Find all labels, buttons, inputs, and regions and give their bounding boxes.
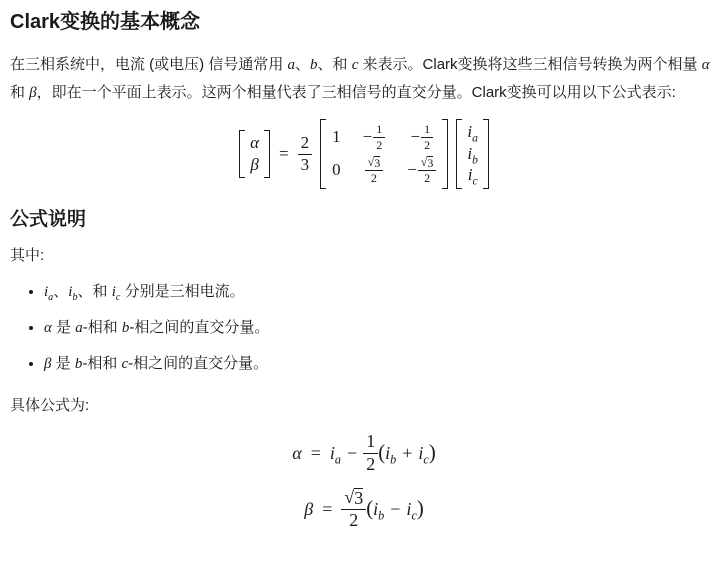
matrix-cell: √32 (365, 156, 384, 185)
ib-symbol: ib (385, 443, 396, 464)
alpha-equation: α = ia − 1 2 ( ib + ic ) (10, 432, 718, 475)
equals-sign: = (322, 499, 332, 520)
beta-symbol: β (250, 156, 258, 175)
ib-symbol: ib (467, 145, 478, 164)
right-bracket (442, 119, 448, 188)
open-paren: ( (366, 498, 373, 521)
matrix-cell: 0 (332, 160, 341, 180)
transform-matrix: 1 −12 −12 0 √32 −√32 (320, 119, 448, 188)
explanation-list: ia、ib、和 ic 分别是三相电流。 α 是 a-相和 b-相之间的直交分量。… (10, 282, 718, 374)
radical-sign: √ (344, 488, 354, 507)
right-bracket (264, 130, 270, 178)
alpha-symbol: α (250, 134, 259, 153)
section-title-formula-explanation: 公式说明 (10, 209, 718, 232)
beta-symbol: β (304, 499, 313, 520)
current-vector: ia ib ic (456, 119, 489, 189)
matrix-cell: 1 (332, 127, 341, 147)
page-title: Clark变换的基本概念 (10, 10, 718, 34)
ia-symbol: ia (467, 123, 478, 142)
coefficient-fraction: 2 3 (298, 134, 313, 174)
minus-sign: − (390, 499, 400, 520)
ic-symbol: ic (418, 443, 428, 464)
alpha-symbol: α (292, 443, 301, 464)
alpha-beta-vector: α β (239, 130, 270, 178)
fraction-numerator: 2 (298, 134, 313, 154)
half-fraction: 1 2 (363, 432, 378, 475)
matrix-cell: −√32 (407, 156, 436, 185)
ia-symbol: ia (330, 443, 341, 464)
fraction-denominator: 3 (298, 154, 313, 175)
list-item-beta: β 是 b-相和 c-相之间的直交分量。 (44, 354, 718, 374)
list-item-currents: ia、ib、和 ic 分别是三相电流。 (44, 282, 718, 302)
ib-symbol: ib (373, 499, 384, 520)
radical-sign: √ (368, 156, 375, 169)
intro-paragraph: 在三相系统中，电流 (或电压) 信号通常用 a、b、和 c 来表示。Clark变… (10, 51, 718, 107)
list-item-alpha: α 是 a-相和 b-相之间的直交分量。 (44, 318, 718, 338)
ic-symbol: ic (468, 166, 478, 185)
equals-sign: = (279, 144, 289, 164)
clark-matrix-equation: α β = 2 3 1 −12 −12 0 √32 −√32 (10, 119, 718, 189)
minus-sign: − (347, 443, 357, 464)
equals-sign: = (311, 443, 321, 464)
close-paren: ) (429, 442, 436, 465)
close-paren: ) (417, 498, 424, 521)
open-paren: ( (378, 442, 385, 465)
specific-formula-label: 具体公式为: (10, 396, 718, 416)
radical-sign: √ (421, 156, 428, 169)
right-bracket (483, 119, 489, 189)
matrix-cell: −12 (363, 123, 386, 151)
among-label: 其中: (10, 246, 718, 266)
ic-symbol: ic (406, 499, 416, 520)
beta-equation: β = √3 2 ( ib − ic ) (10, 488, 718, 531)
sqrt3-over-2-fraction: √3 2 (341, 488, 366, 531)
plus-sign: + (402, 443, 412, 464)
matrix-cell: −12 (411, 123, 434, 151)
